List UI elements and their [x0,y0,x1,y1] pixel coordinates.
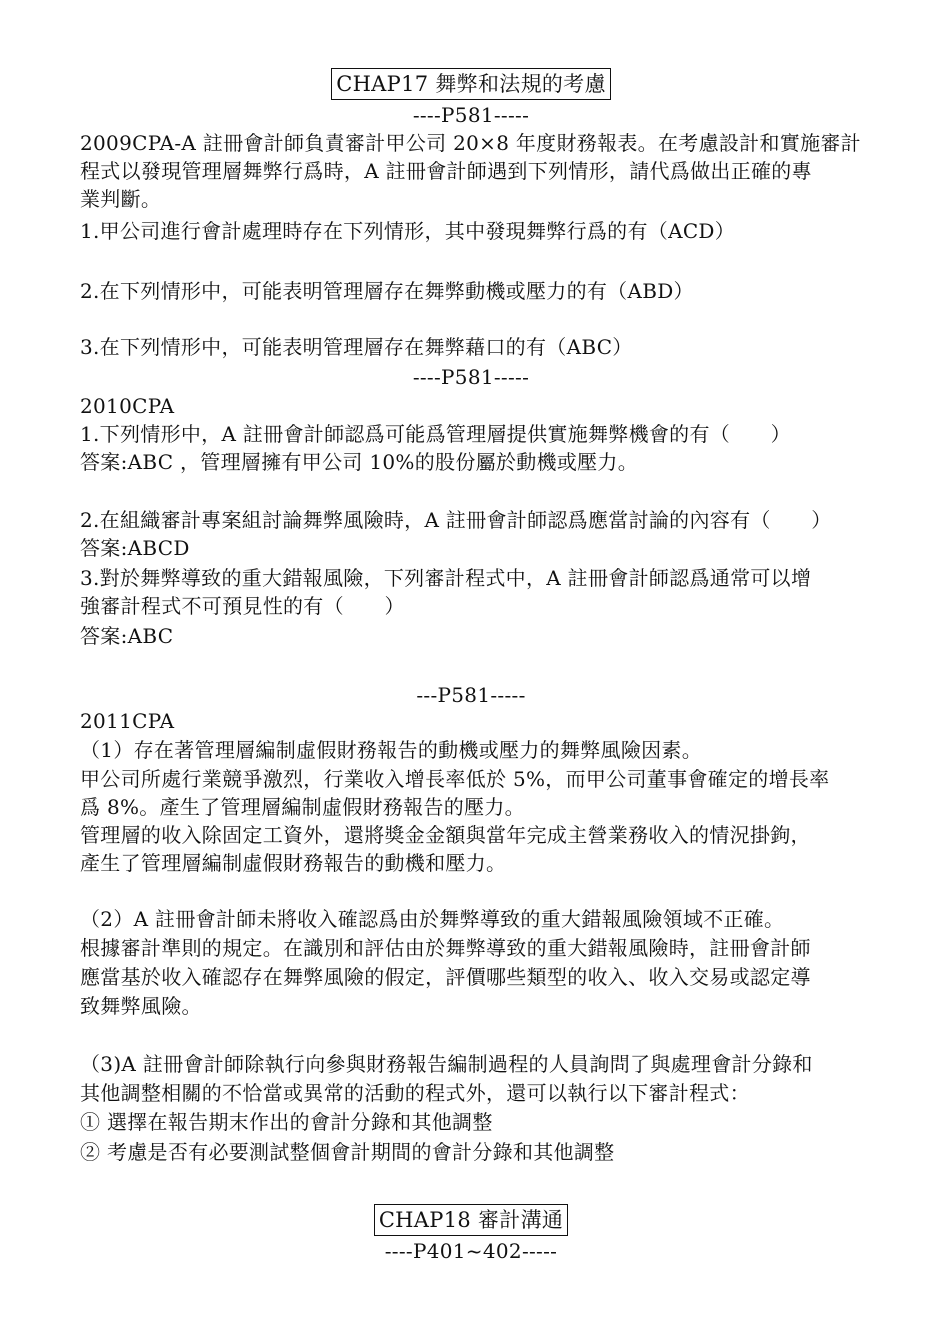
part-2-text: 根據審計準則的規定。在識別和評估由於舞弊導致的重大錯報風險時，註冊會計師 [80,935,811,961]
answer-2010-1: 答案:ABC ，管理層擁有甲公司 10%的股份屬於動機或壓力。 [80,449,638,475]
chapter-18-heading: CHAP18 審計溝通 [0,1204,942,1236]
question-2010-2: 2.在組織審計專案組討論舞弊風險時，A 註冊會計師認爲應當討論的內容有（ ） [80,507,832,533]
intro-line: 程式以發現管理層舞弊行爲時，A 註冊會計師遇到下列情形，請代爲做出正確的專 [80,158,812,184]
question-2010-3-cont: 強審計程式不可預見性的有（ ） [80,593,405,619]
part-1-text: 產生了管理層編制虛假財務報告的動機和壓力。 [80,850,506,876]
page-reference: ----P581----- [0,364,942,390]
chapter-17-title: CHAP17 舞弊和法規的考慮 [331,68,611,100]
page-reference: ----P581----- [0,102,942,128]
page-reference: ----P401~402----- [0,1238,942,1264]
part-3-text: 其他調整相關的不恰當或異常的活動的程式外，還可以執行以下審計程式： [80,1080,750,1106]
question-2009-1: 1.甲公司進行會計處理時存在下列情形，其中發現舞弊行爲的有（ACD） [80,218,735,244]
part-1-text: 甲公司所處行業競爭激烈，行業收入增長率低於 5%，而甲公司董事會確定的增長率 [80,766,830,792]
year-heading-2011: 2011CPA [80,708,174,734]
chapter-18-title: CHAP18 審計溝通 [374,1204,568,1236]
answer-2010-3: 答案:ABC [80,623,173,649]
part-2-text: 應當基於收入確認存在舞弊風險的假定，評價哪些類型的收入、收入交易或認定導 [80,964,811,990]
part-1-text: 管理層的收入除固定工資外，還將獎金金額與當年完成主營業務收入的情況掛鉤， [80,822,811,848]
answer-2010-2: 答案:ABCD [80,535,190,561]
question-2009-2: 2.在下列情形中，可能表明管理層存在舞弊動機或壓力的有（ABD） [80,278,694,304]
question-2010-1: 1.下列情形中，A 註冊會計師認爲可能爲管理層提供實施舞弊機會的有（ ） [80,421,791,447]
part-3-item-2: ② 考慮是否有必要測試整個會計期間的會計分錄和其他調整 [80,1139,614,1165]
part-1-heading: （1）存在著管理層編制虛假財務報告的動機或壓力的舞弊風險因素。 [80,737,702,763]
part-3-item-1: ① 選擇在報告期末作出的會計分錄和其他調整 [80,1109,493,1135]
part-2-heading: （2）A 註冊會計師未將收入確認爲由於舞弊導致的重大錯報風險領域不正確。 [80,906,784,932]
question-2009-3: 3.在下列情形中，可能表明管理層存在舞弊藉口的有（ABC） [80,334,633,360]
intro-line: 業判斷。 [80,186,161,212]
question-2010-3: 3.對於舞弊導致的重大錯報風險，下列審計程式中，A 註冊會計師認爲通常可以增 [80,565,811,591]
part-1-text: 爲 8%。產生了管理層編制虛假財務報告的壓力。 [80,794,525,820]
part-3-heading: （3)A 註冊會計師除執行向參與財務報告編制過程的人員詢問了與處理會計分錄和 [80,1051,813,1077]
chapter-17-heading: CHAP17 舞弊和法規的考慮 [0,68,942,100]
intro-line: 2009CPA-A 註冊會計師負責審計甲公司 20×8 年度財務報表。在考慮設計… [80,130,861,156]
page-reference: ---P581----- [0,682,942,708]
part-2-text: 致舞弊風險。 [80,993,202,1019]
year-heading-2010: 2010CPA [80,393,174,419]
